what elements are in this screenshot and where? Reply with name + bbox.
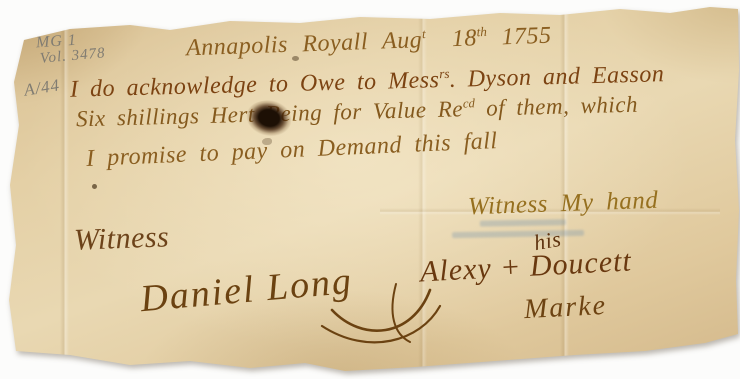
scan-background: MG 1 Vol. 3478 A/44 Annapolis Royall Aug… (0, 0, 740, 379)
signature-marke-word: Marke (523, 290, 608, 326)
stamp-line (480, 219, 566, 227)
document-paper: MG 1 Vol. 3478 A/44 Annapolis Royall Aug… (0, 0, 740, 379)
stamp-line (452, 230, 584, 238)
date-month-superscript: t (422, 26, 426, 41)
date-line: Annapolis Royall Augt18th 1755 (186, 22, 552, 63)
date-year: 1755 (501, 23, 552, 51)
date-gap (426, 46, 452, 47)
archival-note-item: A/44 (23, 75, 62, 100)
body-line-1-superscript: rs (439, 66, 450, 81)
date-day-superscript: th (476, 24, 487, 39)
witness-label: Witness (73, 220, 169, 257)
date-place-month: Annapolis Royall Aug (186, 27, 423, 61)
body-line-2-end: of them, which (475, 92, 639, 121)
ink-speck (92, 184, 97, 189)
faded-archive-stamp (452, 219, 584, 243)
body-line-3: I promise to pay on Demand this fall (86, 128, 499, 173)
paper-sheet: MG 1 Vol. 3478 A/44 Annapolis Royall Aug… (0, 0, 740, 379)
closing-witness-my-hand: Witness My hand (468, 187, 659, 222)
signature-alexy-doucett: Alexy + Doucett (419, 244, 632, 289)
body-line-1-names: . Dyson and Easson (449, 61, 664, 93)
ink-speck (292, 56, 299, 61)
body-line-2-superscript: cd (463, 96, 475, 110)
ink-speck (262, 138, 272, 145)
date-day: 18 (451, 25, 477, 52)
